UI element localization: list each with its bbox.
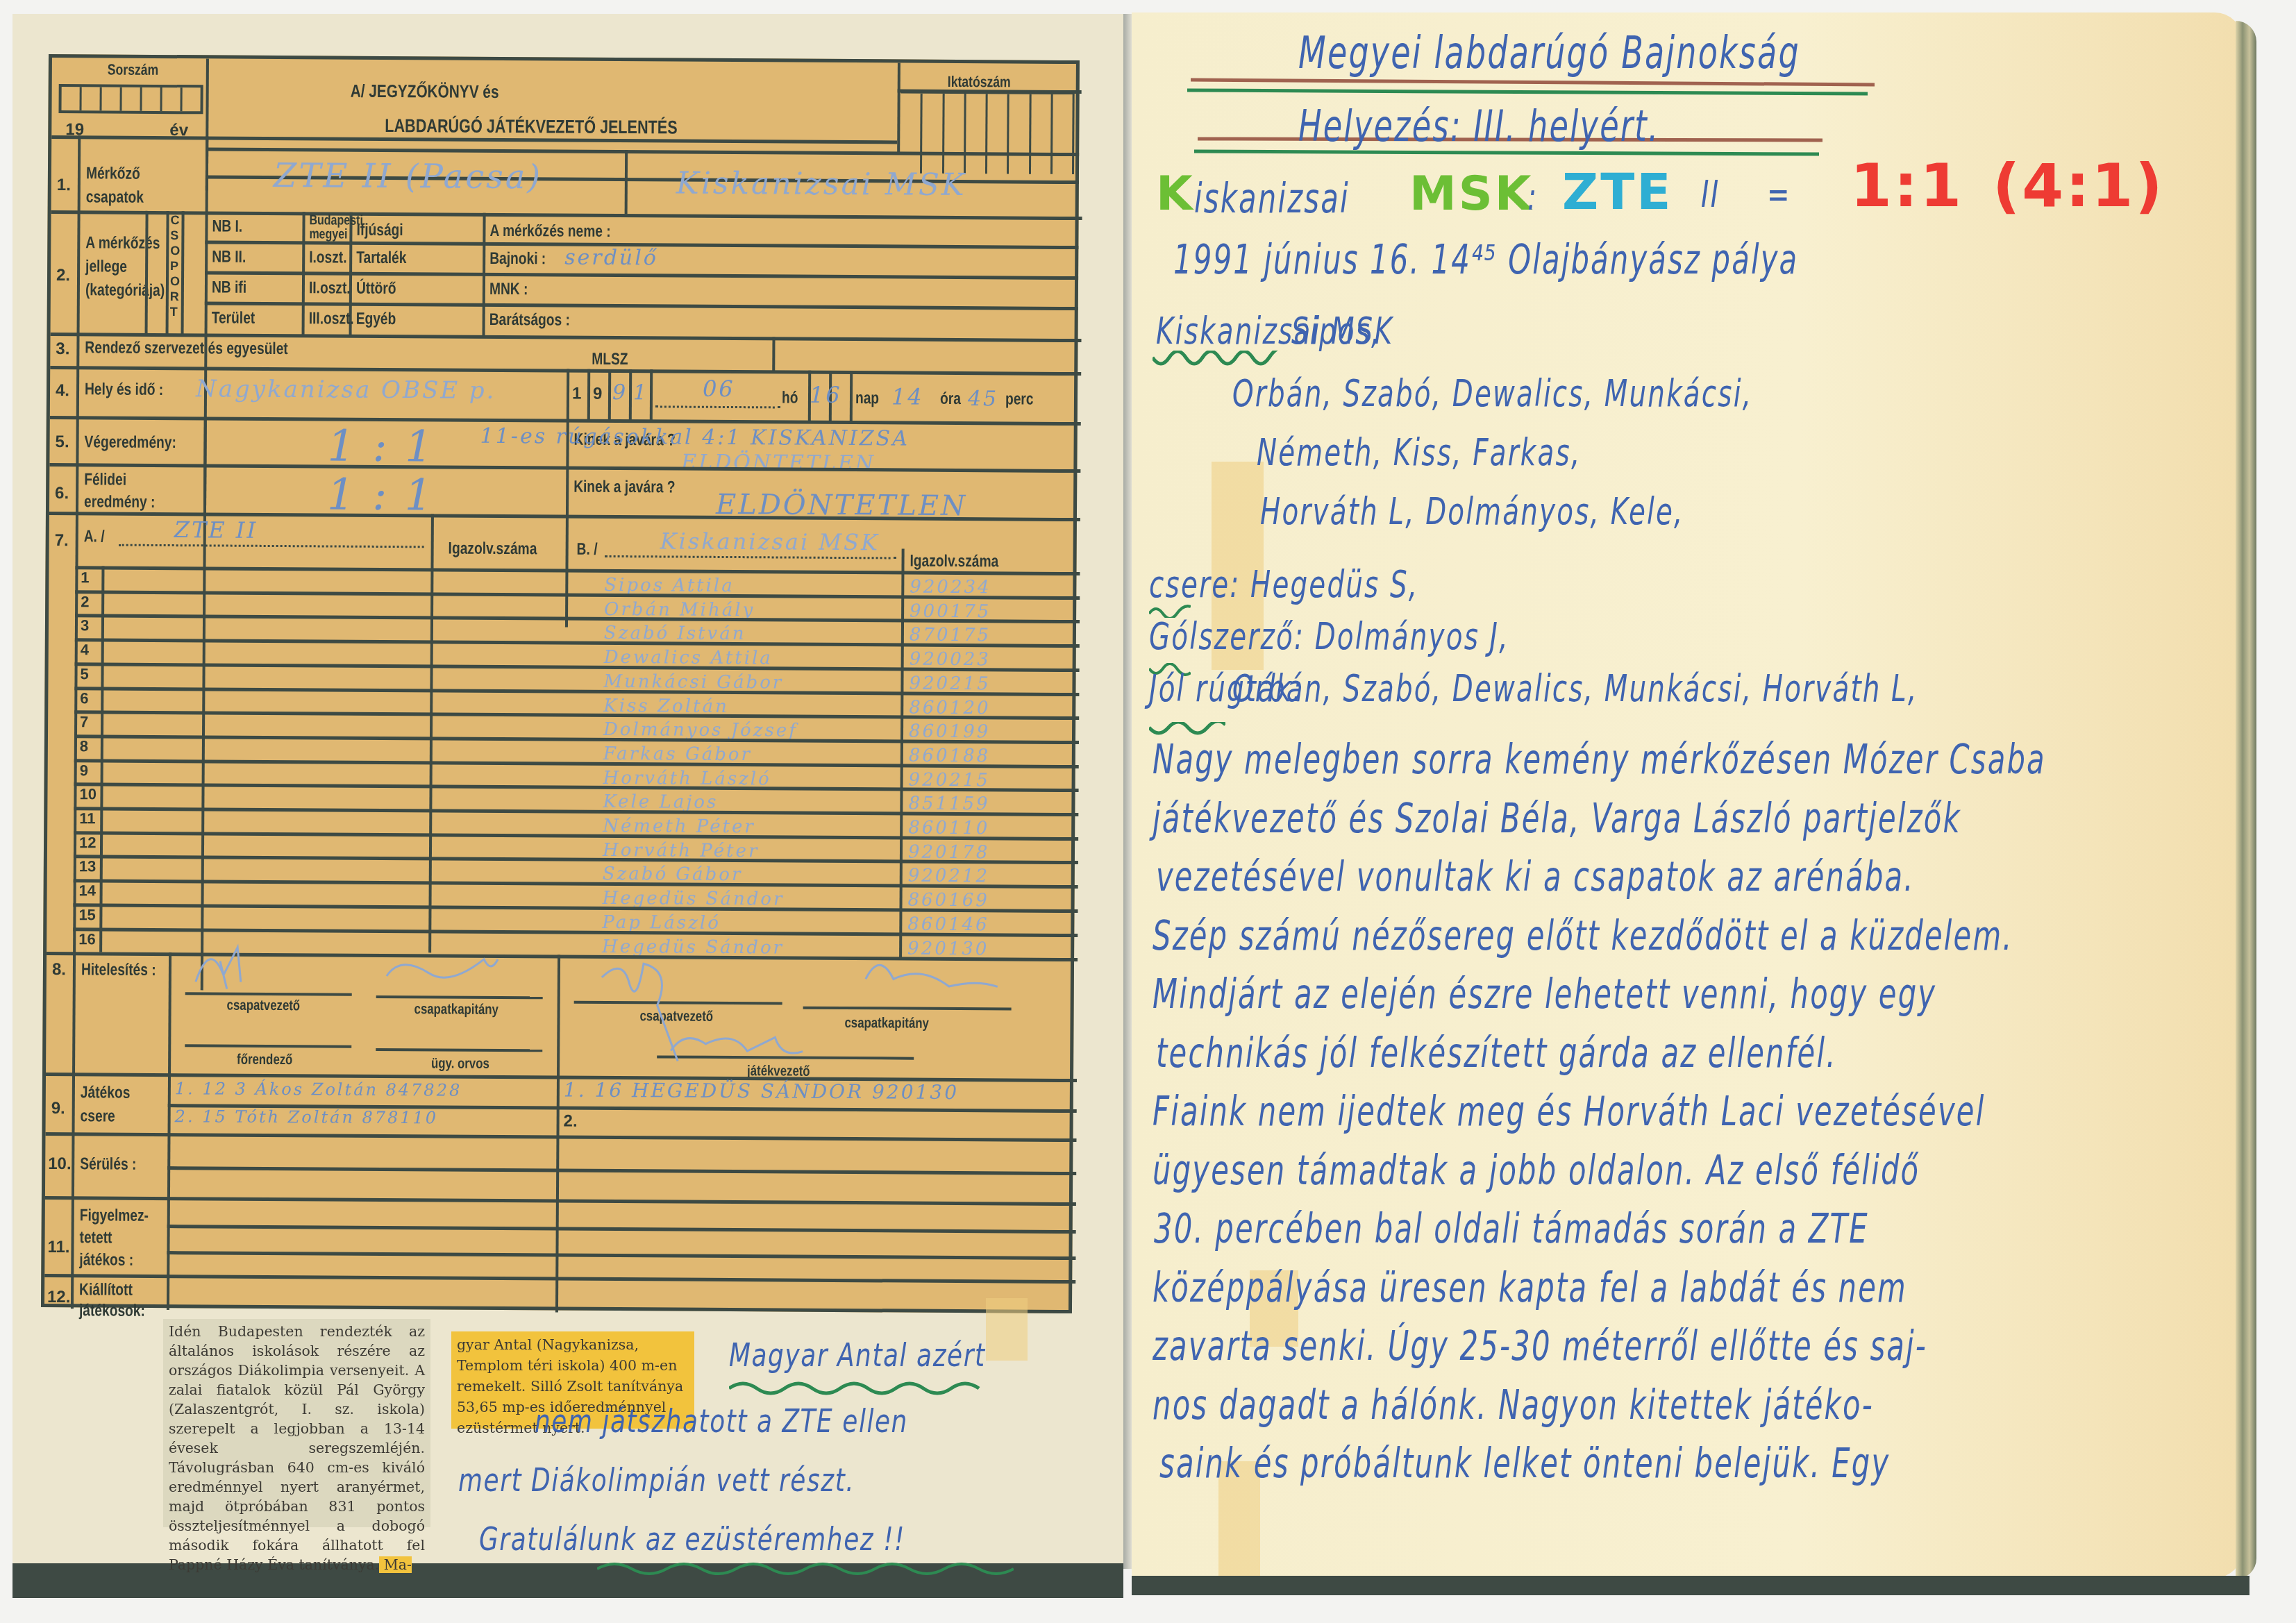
note-underline-wave-2 xyxy=(597,1558,1014,1579)
equals-sign: = xyxy=(1767,172,1791,216)
lineup-row-1: Orbán, Szabó, Dewalics, Munkácsi, xyxy=(1232,371,1752,415)
away-team: ZTE xyxy=(1562,162,1673,221)
sub-a-1[interactable]: 1. 12 3 Ákos Zoltán 847828 xyxy=(175,1079,462,1100)
report-line: Nagy melegben sorra kemény mérkőzésen Mó… xyxy=(1153,736,2046,783)
report-line: játékvezető és Szolai Béla, Varga László… xyxy=(1153,795,1961,842)
clipping-column-1: Idén Budapesten rendezték az általános i… xyxy=(169,1323,425,1573)
note-line-3: mert Diákolimpián vett részt. xyxy=(458,1461,855,1499)
away-team-suffix: II xyxy=(1701,172,1720,216)
report-line: 30. percében bal oldali támadás során a … xyxy=(1154,1205,1869,1252)
page-subtitle: Helyezés: III. helyért. xyxy=(1298,101,1659,151)
report-line: Fiaink nem ijedtek meg és Horváth Laci v… xyxy=(1153,1088,1985,1135)
section-12-number: 12. xyxy=(47,1288,71,1307)
section-11-number: 11. xyxy=(47,1238,69,1257)
section-11-label: Figyelmez-tetett játékos : xyxy=(79,1204,146,1272)
section-9-number: 9. xyxy=(51,1099,65,1118)
section-12-label: Kiállított játékosok: xyxy=(79,1279,146,1322)
section-10-label: Sérülés : xyxy=(80,1154,136,1174)
newspaper-clipping-left: Idén Budapesten rendezték az általános i… xyxy=(163,1319,430,1527)
scorer-line: Gólszerző: Dolmányos J, xyxy=(1149,614,1509,658)
note-line-1: Magyar Antal azért xyxy=(729,1336,986,1374)
match-date-venue: 1991 június 16. 14⁴⁵ Olajbányász pálya xyxy=(1173,236,1798,283)
substitution-line: csere: Hegedüs S, xyxy=(1149,562,1418,606)
tape-strip xyxy=(986,1298,1028,1361)
section-9-label: Játékos csere xyxy=(81,1081,142,1129)
scorer-underline xyxy=(1149,604,1191,618)
page-title: Megyei labdarúgó Bajnokság xyxy=(1298,28,1800,79)
match-score: 1:1 xyxy=(1850,151,1963,221)
sub-a-2[interactable]: 2. 15 Tóth Zoltán 878110 xyxy=(175,1107,439,1127)
note-underline-wave xyxy=(729,1378,993,1399)
report-line: nos dagadt a hálónk. Nagyon kitettek ját… xyxy=(1153,1381,1874,1429)
sub-b-2: 2. xyxy=(564,1112,578,1132)
report-line: ügyesen támadtak a jobb oldalon. Az első… xyxy=(1153,1147,1920,1194)
home-club: MSK xyxy=(1409,167,1533,221)
report-line: zavarta senki. Úgy 25-30 méterről ellőtt… xyxy=(1153,1322,1927,1370)
kickers-list: Orbán, Szabó, Dewalics, Munkácsi, Horvát… xyxy=(1232,666,1918,710)
report-line: középpályása üresen kapta fel a labdát é… xyxy=(1153,1264,1907,1311)
home-team-name: iskanizsai xyxy=(1194,175,1350,222)
clipping-highlight: Ma- xyxy=(379,1556,412,1573)
book-spine xyxy=(1123,14,1132,1569)
separator: : xyxy=(1527,175,1538,219)
sub-b-1[interactable]: 1. 16 HEGEDÜS SÁNDOR 920130 xyxy=(564,1079,959,1104)
note-line-2: nem játszhatott a ZTE ellen xyxy=(535,1402,908,1440)
report-line: vezetésével vonultak ki a csapatok az ar… xyxy=(1156,853,1915,900)
lineup-row-2: Németh, Kiss, Farkas, xyxy=(1257,430,1581,474)
report-line: saink és próbáltunk lelket önteni belejü… xyxy=(1159,1440,1890,1487)
referee-report-form: Sorszám 19 év A/ JEGYZŐKÖNYV és LABDARÚG… xyxy=(41,54,1080,1313)
note-line-4: Gratulálunk az ezüstéremhez !! xyxy=(479,1520,905,1558)
report-line: technikás jól felkészített gárda az elle… xyxy=(1156,1029,1837,1077)
report-line: Szép számú nézősereg előtt kezdődött el … xyxy=(1153,912,2013,959)
lineup-row-3: Horváth L, Dolmányos, Kele, xyxy=(1260,489,1684,533)
report-line: Mindjárt az elején észre lehetett venni,… xyxy=(1153,970,1936,1018)
home-team-initial: K xyxy=(1156,167,1195,221)
lineup-goalkeeper: Sipos, xyxy=(1291,309,1382,353)
right-page-bottom-edge xyxy=(1132,1576,2249,1595)
section-10-number: 10. xyxy=(48,1154,72,1174)
page-stack-edge xyxy=(2236,21,2256,1579)
penalty-score: (4:1) xyxy=(1993,151,2165,221)
